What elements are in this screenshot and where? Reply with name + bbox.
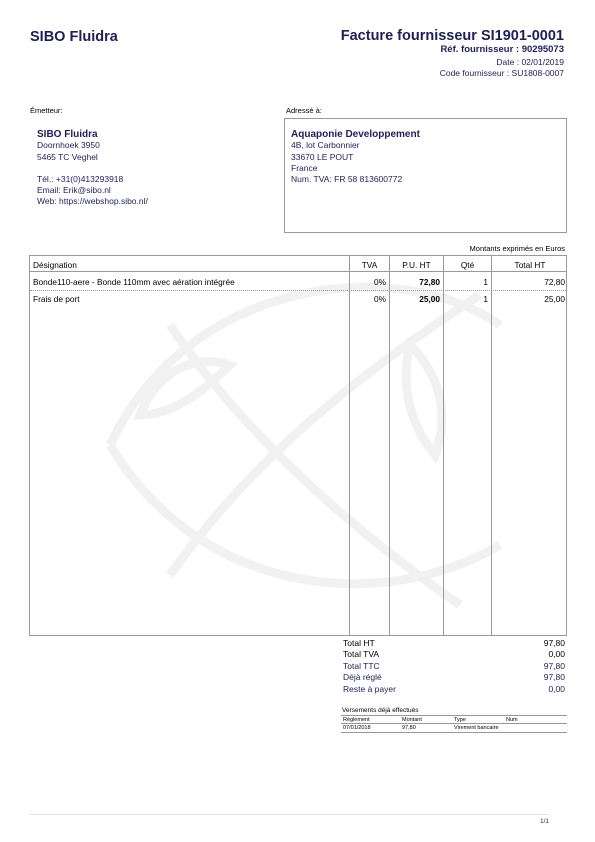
- recipient-label: Adressé à:: [286, 106, 322, 115]
- company-name: SIBO Fluidra: [30, 29, 118, 45]
- payments-title: Versements déjà effectués: [342, 707, 418, 714]
- total-ttc-label: Total TTC: [343, 661, 380, 672]
- header-total: Total HT: [492, 260, 568, 270]
- recipient-box: Aquaponie Developpement 4B, lot Carbonni…: [284, 118, 567, 233]
- recipient-address-2: 33670 LE POUT: [291, 152, 420, 163]
- footer-divider: [29, 814, 549, 815]
- supplier-ref: Réf. fournisseur : 90295073: [440, 44, 564, 55]
- payment-row: 07/01/2018 97,80 Virement bancaire: [341, 724, 567, 733]
- table-row-unit-price: 25,00: [390, 294, 440, 304]
- payments-header-date: Règlement: [341, 716, 402, 723]
- already-paid-row: Déjà réglé 97,80: [343, 672, 565, 683]
- total-ht-label: Total HT: [343, 638, 375, 649]
- already-paid-label: Déjà réglé: [343, 672, 382, 683]
- table-row-unit-price: 72,80: [390, 277, 440, 287]
- total-tva-value: 0,00: [548, 649, 565, 660]
- sender-block: SIBO Fluidra Doornhoek 3950 5465 TC Vegh…: [37, 129, 148, 208]
- sender-email: Email: Erik@sibo.nl: [37, 185, 148, 196]
- remaining-value: 0,00: [548, 684, 565, 695]
- total-ht-row: Total HT 97,80: [343, 638, 565, 649]
- sender-web: Web: https://webshop.sibo.nl/: [37, 196, 148, 207]
- payments-header-num: Num: [506, 716, 567, 723]
- table-row-designation: Bonde110-aere - Bonde 110mm avec aératio…: [33, 277, 235, 287]
- payments-header-row: Règlement Montant Type Num: [341, 715, 567, 724]
- table-row-designation: Frais de port: [33, 294, 80, 304]
- header-qty: Qté: [444, 260, 491, 270]
- already-paid-value: 97,80: [544, 672, 565, 683]
- invoice-date: Date : 02/01/2019: [496, 57, 564, 67]
- payment-type: Virement bancaire: [454, 724, 506, 732]
- invoice-lines-table: Désignation TVA P.U. HT Qté Total HT Bon…: [29, 255, 567, 636]
- total-ht-value: 97,80: [544, 638, 565, 649]
- table-row-qty: 1: [444, 294, 488, 304]
- table-row-qty: 1: [444, 277, 488, 287]
- amounts-note: Montants exprimés en Euros: [470, 244, 565, 253]
- sender-name: SIBO Fluidra: [37, 129, 148, 140]
- total-tva-label: Total TVA: [343, 649, 379, 660]
- payment-date: 07/01/2018: [341, 724, 402, 732]
- remaining-row: Reste à payer 0,00: [343, 684, 565, 695]
- total-tva-row: Total TVA 0,00: [343, 649, 565, 660]
- supplier-code: Code fournisseur : SU1808-0007: [440, 68, 564, 78]
- table-row-total: 25,00: [492, 294, 565, 304]
- header-tva: TVA: [350, 260, 389, 270]
- recipient-address-1: 4B, lot Carbonnier: [291, 140, 420, 151]
- payments-table: Règlement Montant Type Num 07/01/2018 97…: [341, 715, 567, 733]
- header-designation: Désignation: [33, 260, 77, 270]
- payment-amount: 97,80: [402, 724, 454, 732]
- sender-address-2: 5465 TC Veghel: [37, 152, 148, 163]
- sender-label: Émetteur:: [30, 106, 63, 115]
- payment-num: [506, 724, 567, 732]
- page-number: 1/1: [540, 818, 549, 825]
- payments-header-type: Type: [454, 716, 506, 723]
- payments-header-amount: Montant: [402, 716, 454, 723]
- table-row-tva: 0%: [350, 277, 386, 287]
- remaining-label: Reste à payer: [343, 684, 396, 695]
- table-row-tva: 0%: [350, 294, 386, 304]
- total-ttc-value: 97,80: [544, 661, 565, 672]
- recipient-vat: Num. TVA: FR 58 813600772: [291, 174, 420, 185]
- recipient-country: France: [291, 163, 420, 174]
- table-row-total: 72,80: [492, 277, 565, 287]
- total-ttc-row: Total TTC 97,80: [343, 661, 565, 672]
- document-title: Facture fournisseur SI1901-0001: [341, 28, 564, 44]
- recipient-name: Aquaponie Developpement: [291, 129, 420, 140]
- header-unit-price: P.U. HT: [390, 260, 443, 270]
- totals-block: Total HT 97,80 Total TVA 0,00 Total TTC …: [343, 638, 565, 695]
- sender-address-1: Doornhoek 3950: [37, 140, 148, 151]
- sender-phone: Tél.: +31(0)413293918: [37, 174, 148, 185]
